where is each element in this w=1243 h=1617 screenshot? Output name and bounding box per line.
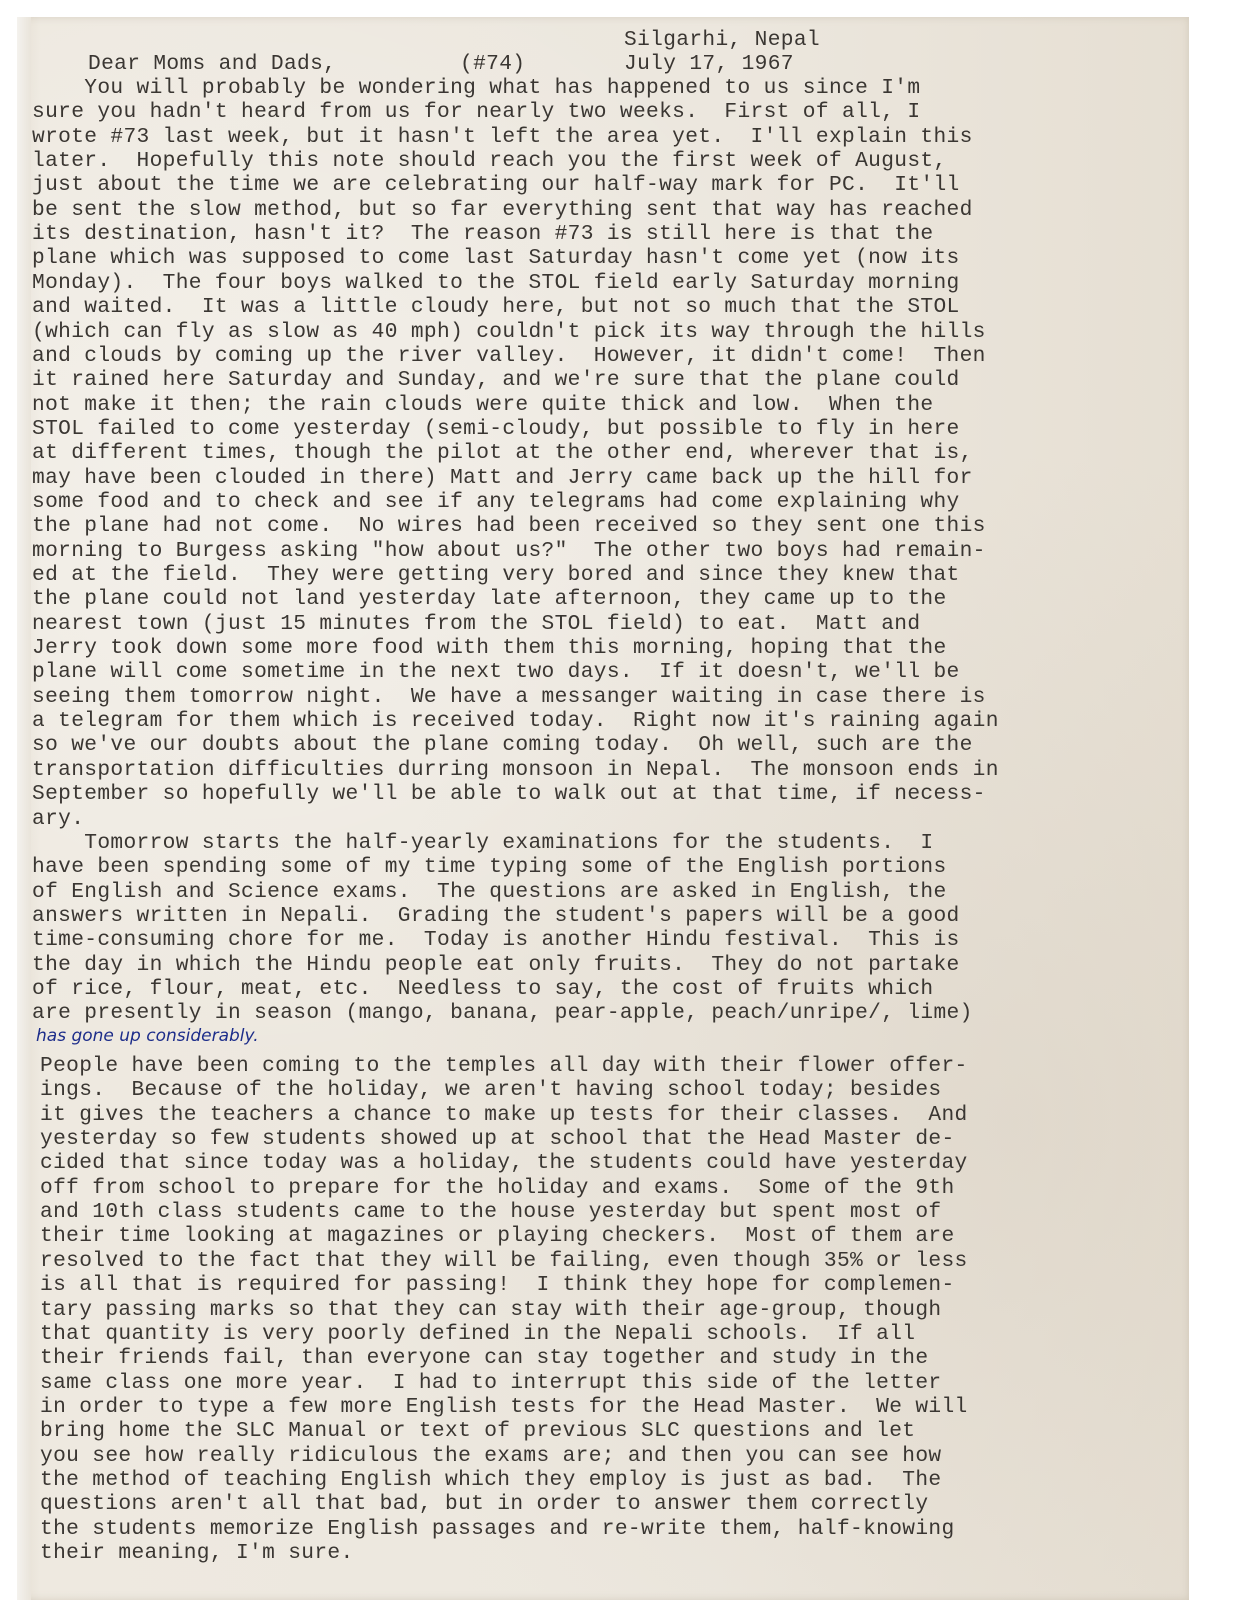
typed-line: Monday). The four boys walked to the STO… [32,271,960,295]
typed-line: of rice, flour, meat, etc. Needless to s… [32,977,933,1001]
typed-line: nearest town (just 15 minutes from the S… [32,612,920,636]
typed-line: just about the time we are celebrating o… [32,173,960,197]
typed-line: it rained here Saturday and Sunday, and … [32,368,960,392]
handwritten-note: has gone up considerably. [36,1026,259,1046]
letter-date: July 17, 1967 [624,52,794,76]
typed-line: You will probably be wondering what has … [32,76,920,100]
typed-line: yesterday so few students showed up at s… [40,1127,955,1151]
typed-line: and clouds by coming up the river valley… [32,344,986,368]
typed-line: resolved to the fact that they will be f… [40,1249,968,1273]
typed-line: Jerry took down some more food with them… [32,636,947,660]
typed-line: their friends fail, than everyone can st… [40,1346,928,1370]
typed-line: not make it then; the rain clouds were q… [32,393,933,417]
typed-line: that quantity is very poorly defined in … [40,1322,915,1346]
typed-line: wrote #73 last week, but it hasn't left … [32,125,973,149]
typed-line: ed at the field. They were getting very … [32,563,960,587]
typed-line: the method of teaching English which the… [40,1468,941,1492]
typed-line: off from school to prepare for the holid… [40,1176,955,1200]
typed-line: of English and Science exams. The questi… [32,880,947,904]
typed-line: its destination, hasn't it? The reason #… [32,222,933,246]
typed-line: be sent the slow method, but so far ever… [32,198,973,222]
typed-line: and 10th class students came to the hous… [40,1200,941,1224]
typed-line: and waited. It was a little cloudy here,… [32,295,960,319]
typed-line: transportation difficulties durring mons… [32,758,999,782]
letter-place: Silgarhi, Nepal [624,28,820,52]
salutation: Dear Moms and Dads, [88,52,336,76]
typed-line: the day in which the Hindu people eat on… [32,953,960,977]
typed-line: may have been clouded in there) Matt and… [32,466,973,490]
typed-line: so we've our doubts about the plane comi… [32,733,973,757]
typed-line: Tomorrow starts the half-yearly examinat… [32,831,933,855]
typed-line: answers written in Nepali. Grading the s… [32,904,960,928]
typed-line: have been spending some of my time typin… [32,855,947,879]
typed-line: a telegram for them which is received to… [32,709,999,733]
typed-line: time-consuming chore for me. Today is an… [32,928,960,952]
letter-number: (#74) [460,52,525,76]
typed-line: it gives the teachers a chance to make u… [40,1103,968,1127]
page-edge-shadow [17,17,31,1600]
typed-line: September so hopefully we'll be able to … [32,782,986,806]
typed-line: (which can fly as slow as 40 mph) couldn… [32,320,986,344]
typed-line: questions aren't all that bad, but in or… [40,1492,928,1516]
typed-line: People have been coming to the temples a… [40,1054,968,1078]
typed-line: at different times, though the pilot at … [32,441,973,465]
typed-line: STOL failed to come yesterday (semi-clou… [32,417,960,441]
typed-line: sure you hadn't heard from us for nearly… [32,100,920,124]
typed-line: plane which was supposed to come last Sa… [32,246,960,270]
typed-line: seeing them tomorrow night. We have a me… [32,685,986,709]
typed-line: morning to Burgess asking "how about us?… [32,539,986,563]
typed-line: tary passing marks so that they can stay… [40,1298,941,1322]
typed-line: some food and to check and see if any te… [32,490,960,514]
typed-line: the plane had not come. No wires had bee… [32,514,986,538]
typed-line: the plane could not land yesterday late … [32,587,947,611]
typed-line: you see how really ridiculous the exams … [40,1444,941,1468]
typed-line: cided that since today was a holiday, th… [40,1151,968,1175]
typed-line: plane will come sometime in the next two… [32,660,960,684]
typed-line: bring home the SLC Manual or text of pre… [40,1419,915,1443]
typed-line: later. Hopefully this note should reach … [32,149,947,173]
typed-line: in order to type a few more English test… [40,1395,968,1419]
typed-line: are presently in season (mango, banana, … [32,1001,973,1025]
typed-line: is all that is required for passing! I t… [40,1273,955,1297]
typed-line: their time looking at magazines or playi… [40,1224,955,1248]
typed-line: ings. Because of the holiday, we aren't … [40,1078,941,1102]
typed-line: same class one more year. I had to inter… [40,1371,941,1395]
typed-line: their meaning, I'm sure. [40,1541,354,1565]
typed-line: ary. [32,807,84,831]
typed-line: the students memorize English passages a… [40,1517,955,1541]
